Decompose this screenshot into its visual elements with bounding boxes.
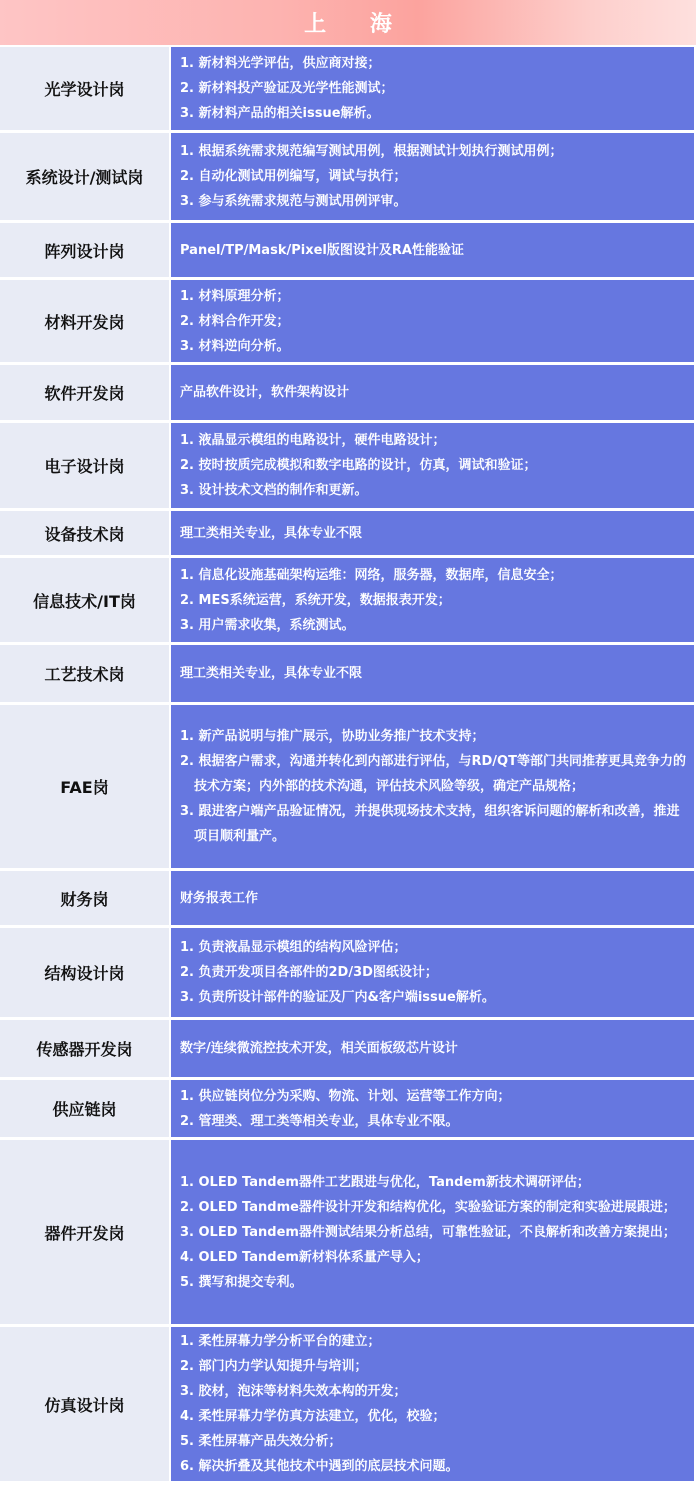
job-title-cell: 结构设计岗 [0,928,171,1017]
job-row: 系统设计/测试岗1. 根据系统需求规范编写测试用例，根据测试计划执行测试用例；2… [0,130,696,220]
job-row: 器件开发岗1. OLED Tandem器件工艺跟进与优化，Tandem新技术调研… [0,1137,696,1324]
description-line: 理工类相关专业，具体专业不限 [180,661,686,686]
description-line: 1. 新产品说明与推广展示，协助业务推广技术支持； [180,724,686,749]
job-title-cell: 信息技术/IT岗 [0,558,171,642]
job-title-cell: 供应链岗 [0,1080,171,1137]
job-description-cell: 1. 新材料光学评估，供应商对接；2. 新材料投产验证及光学性能测试；3. 新材… [171,47,694,130]
description-line: Panel/TP/Mask/Pixel版图设计及RA性能验证 [180,238,686,263]
description-line: 2. 材料合作开发； [180,309,686,334]
job-row: 财务岗财务报表工作 [0,868,696,925]
description-line: 3. 用户需求收集，系统测试。 [180,613,686,638]
city-title: 上 海 [286,7,410,38]
job-row: 设备技术岗理工类相关专业，具体专业不限 [0,508,696,555]
description-line: 2. 新材料投产验证及光学性能测试； [180,76,686,101]
job-description-cell: 1. 柔性屏幕力学分析平台的建立；2. 部门内力学认知提升与培训；3. 胶材，泡… [171,1327,694,1481]
job-table: 光学设计岗1. 新材料光学评估，供应商对接；2. 新材料投产验证及光学性能测试；… [0,47,696,1481]
description-line: 3. 跟进客户端产品验证情况，并提供现场技术支持，组织客诉问题的解析和改善，推进… [180,799,686,849]
job-description-cell: 1. 根据系统需求规范编写测试用例，根据测试计划执行测试用例；2. 自动化测试用… [171,133,694,220]
description-line: 2. 负责开发项目各部件的2D/3D图纸设计； [180,960,686,985]
job-description-cell: 1. 材料原理分析；2. 材料合作开发；3. 材料逆向分析。 [171,280,694,362]
job-description-cell: 1. 供应链岗位分为采购、物流、计划、运营等工作方向；2. 管理类、理工类等相关… [171,1080,694,1137]
job-row: 软件开发岗产品软件设计，软件架构设计 [0,362,696,420]
description-line: 2. MES系统运营，系统开发，数据报表开发； [180,588,686,613]
job-title-cell: 材料开发岗 [0,280,171,362]
description-line: 1. 负责液晶显示模组的结构风险评估； [180,935,686,960]
job-title-cell: 器件开发岗 [0,1140,171,1324]
description-line: 2. 根据客户需求，沟通并转化到内部进行评估，与RD/QT等部门共同推荐更具竞争… [180,749,686,799]
job-row: 工艺技术岗理工类相关专业，具体专业不限 [0,642,696,702]
job-title-cell: 软件开发岗 [0,365,171,420]
job-row: 传感器开发岗数字/连续微流控技术开发，相关面板级芯片设计 [0,1017,696,1077]
job-description-cell: 数字/连续微流控技术开发，相关面板级芯片设计 [171,1020,694,1077]
job-description-cell: 1. 负责液晶显示模组的结构风险评估；2. 负责开发项目各部件的2D/3D图纸设… [171,928,694,1017]
job-title-cell: 传感器开发岗 [0,1020,171,1077]
description-line: 2. 管理类、理工类等相关专业，具体专业不限。 [180,1109,686,1134]
description-line: 3. 材料逆向分析。 [180,334,686,359]
description-line: 1. 柔性屏幕力学分析平台的建立； [180,1329,686,1354]
description-line: 3. 设计技术文档的制作和更新。 [180,478,686,503]
job-description-cell: 理工类相关专业，具体专业不限 [171,645,694,702]
job-description-cell: 产品软件设计，软件架构设计 [171,365,694,420]
job-title-cell: FAE岗 [0,705,171,868]
description-line: 2. 自动化测试用例编写，调试与执行； [180,164,686,189]
job-row: 仿真设计岗1. 柔性屏幕力学分析平台的建立；2. 部门内力学认知提升与培训；3.… [0,1324,696,1481]
description-line: 财务报表工作 [180,886,686,911]
description-line: 1. OLED Tandem器件工艺跟进与优化，Tandem新技术调研评估； [180,1170,686,1195]
job-row: 光学设计岗1. 新材料光学评估，供应商对接；2. 新材料投产验证及光学性能测试；… [0,47,696,130]
description-line: 3. 参与系统需求规范与测试用例评审。 [180,189,686,214]
job-title-cell: 电子设计岗 [0,423,171,508]
description-line: 1. 新材料光学评估，供应商对接； [180,51,686,76]
job-description-cell: Panel/TP/Mask/Pixel版图设计及RA性能验证 [171,223,694,277]
description-line: 3. 新材料产品的相关issue解析。 [180,101,686,126]
description-line: 6. 解决折叠及其他技术中遇到的底层技术问题。 [180,1454,686,1479]
description-line: 1. 根据系统需求规范编写测试用例，根据测试计划执行测试用例； [180,139,686,164]
job-description-cell: 1. OLED Tandem器件工艺跟进与优化，Tandem新技术调研评估；2.… [171,1140,694,1324]
description-line: 1. 液晶显示模组的电路设计，硬件电路设计； [180,428,686,453]
description-line: 4. 柔性屏幕力学仿真方法建立，优化，校验； [180,1404,686,1429]
description-line: 2. 按时按质完成模拟和数字电路的设计，仿真，调试和验证； [180,453,686,478]
job-title-cell: 系统设计/测试岗 [0,133,171,220]
job-row: 阵列设计岗Panel/TP/Mask/Pixel版图设计及RA性能验证 [0,220,696,277]
job-title-cell: 工艺技术岗 [0,645,171,702]
job-title-cell: 财务岗 [0,871,171,925]
job-row: 电子设计岗1. 液晶显示模组的电路设计，硬件电路设计；2. 按时按质完成模拟和数… [0,420,696,508]
description-line: 产品软件设计，软件架构设计 [180,380,686,405]
description-line: 1. 材料原理分析； [180,284,686,309]
description-line: 2. 部门内力学认知提升与培训； [180,1354,686,1379]
description-line: 3. 负责所设计部件的验证及厂内&客户端issue解析。 [180,985,686,1010]
job-description-cell: 财务报表工作 [171,871,694,925]
job-description-cell: 理工类相关专业，具体专业不限 [171,511,694,555]
job-row: 供应链岗1. 供应链岗位分为采购、物流、计划、运营等工作方向；2. 管理类、理工… [0,1077,696,1137]
job-row: 结构设计岗1. 负责液晶显示模组的结构风险评估；2. 负责开发项目各部件的2D/… [0,925,696,1017]
city-header: 上 海 [0,0,696,45]
job-title-cell: 阵列设计岗 [0,223,171,277]
job-description-cell: 1. 液晶显示模组的电路设计，硬件电路设计；2. 按时按质完成模拟和数字电路的设… [171,423,694,508]
description-line: 1. 供应链岗位分为采购、物流、计划、运营等工作方向； [180,1084,686,1109]
job-row: FAE岗1. 新产品说明与推广展示，协助业务推广技术支持；2. 根据客户需求，沟… [0,702,696,868]
description-line: 5. 撰写和提交专利。 [180,1270,686,1295]
job-title-cell: 仿真设计岗 [0,1327,171,1481]
description-line: 5. 柔性屏幕产品失效分析； [180,1429,686,1454]
job-description-cell: 1. 新产品说明与推广展示，协助业务推广技术支持；2. 根据客户需求，沟通并转化… [171,705,694,868]
job-title-cell: 光学设计岗 [0,47,171,130]
job-title-cell: 设备技术岗 [0,511,171,555]
description-line: 3. 胶材，泡沫等材料失效本构的开发； [180,1379,686,1404]
job-row: 材料开发岗1. 材料原理分析；2. 材料合作开发；3. 材料逆向分析。 [0,277,696,362]
job-row: 信息技术/IT岗1. 信息化设施基础架构运维：网络，服务器，数据库，信息安全；2… [0,555,696,642]
description-line: 理工类相关专业，具体专业不限 [180,521,686,546]
description-line: 3. OLED Tandem器件测试结果分析总结，可靠性验证，不良解析和改善方案… [180,1220,686,1245]
job-description-cell: 1. 信息化设施基础架构运维：网络，服务器，数据库，信息安全；2. MES系统运… [171,558,694,642]
description-line: 4. OLED Tandem新材料体系量产导入； [180,1245,686,1270]
description-line: 2. OLED Tandme器件设计开发和结构优化，实验验证方案的制定和实验进展… [180,1195,686,1220]
description-line: 数字/连续微流控技术开发，相关面板级芯片设计 [180,1036,686,1061]
description-line: 1. 信息化设施基础架构运维：网络，服务器，数据库，信息安全； [180,563,686,588]
